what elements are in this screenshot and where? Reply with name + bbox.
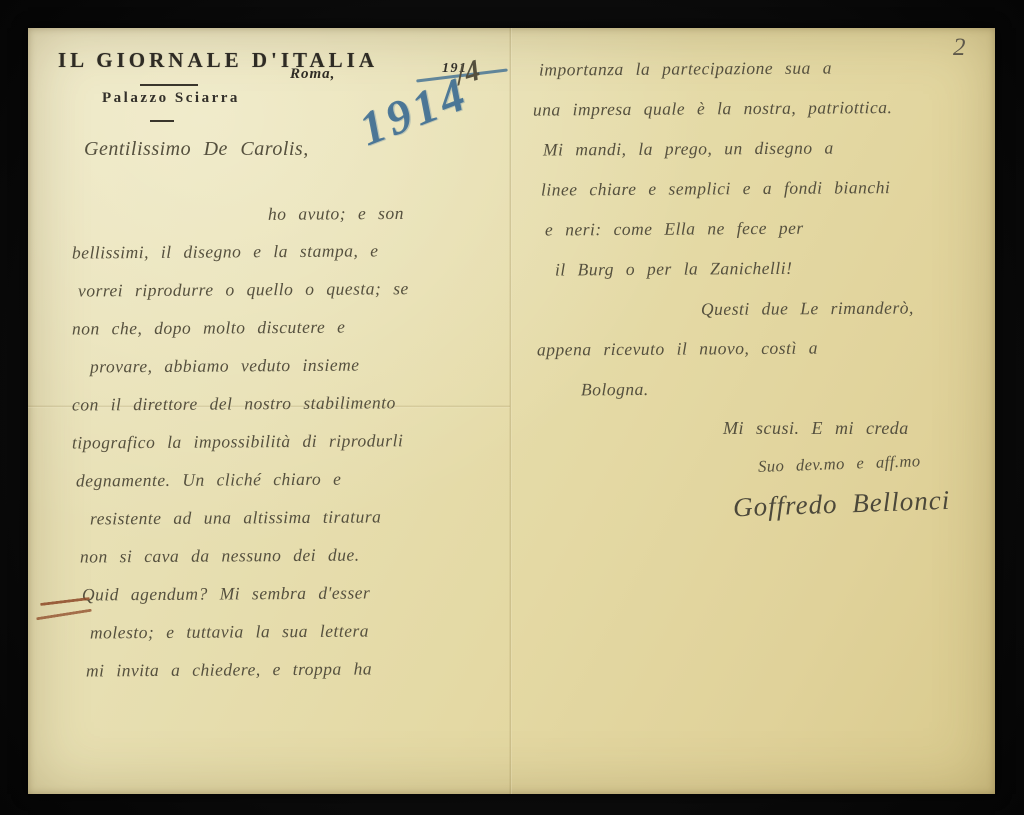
letter-body-left-page: ho avuto; e sonbellissimi, il disegno e …: [72, 194, 512, 688]
letter-paper: IL GIORNALE D'ITALIA Palazzo Sciarra Rom…: [28, 28, 995, 794]
handwritten-line: degnamente. Un cliché chiaro e: [76, 458, 512, 499]
red-margin-mark: [36, 596, 96, 626]
handwritten-line: resistente ad una altissima tiratura: [90, 497, 512, 538]
letterhead-subtitle: Palazzo Sciarra: [102, 90, 240, 107]
handwritten-line: Questi due Le rimanderò,: [701, 287, 983, 329]
signature: Goffredo Bellonci: [733, 484, 984, 524]
handwritten-line: Mi mandi, la prego, un disegno a: [543, 126, 983, 169]
letterhead-rule: [140, 84, 198, 86]
handwritten-line: Bologna.: [581, 367, 983, 410]
handwritten-line: non si cava da nessuno dei due.: [80, 534, 512, 575]
letterhead-place: Roma,: [290, 66, 335, 83]
handwritten-line: mi invita a chiedere, e troppa ha: [86, 649, 512, 690]
handwritten-line: molesto; e tuttavia la sua lettera: [90, 611, 512, 652]
letterhead-rule: [150, 120, 174, 122]
handwritten-line: tipografico la impossibilità di riprodur…: [72, 420, 512, 461]
red-margin-stroke: [40, 597, 90, 606]
handwritten-line: vorrei riprodurre o quello o questa; se: [78, 268, 512, 309]
closing-valediction-line: Suo dev.mo e aff.mo: [757, 442, 983, 484]
handwritten-line: Quid agendum? Mi sembra d'esser: [82, 572, 512, 613]
handwritten-line: una impresa quale è la nostra, patriotti…: [533, 86, 983, 129]
red-margin-stroke: [36, 609, 92, 621]
blue-pencil-date: 1914: [352, 66, 476, 157]
handwritten-line: importanza la partecipazione sua a: [539, 46, 983, 89]
letter-body-right-page: importanza la partecipazione sua auna im…: [533, 48, 983, 408]
handwritten-line: il Burg o per la Zanichelli!: [555, 247, 983, 290]
handwritten-line: ho avuto; e son: [268, 193, 512, 233]
handwritten-line: non che, dopo molto discutere e: [72, 306, 512, 347]
handwritten-line: bellissimi, il disegno e la stampa, e: [72, 230, 512, 271]
salutation: Gentilissimo De Carolis,: [84, 138, 309, 161]
handwritten-line: appena ricevuto il nuovo, costì a: [537, 326, 983, 369]
handwritten-line: provare, abbiamo veduto insieme: [90, 345, 512, 386]
closing-courtesy-line: Mi scusi. E mi creda: [723, 410, 983, 446]
closing-block: Mi scusi. E mi creda Suo dev.mo e aff.mo…: [533, 410, 983, 519]
handwritten-line: e neri: come Ella ne fece per: [545, 206, 983, 249]
handwritten-line: con il direttore del nostro stabilimento: [72, 382, 512, 423]
handwritten-line: linee chiare e semplici e a fondi bianch…: [541, 166, 983, 209]
